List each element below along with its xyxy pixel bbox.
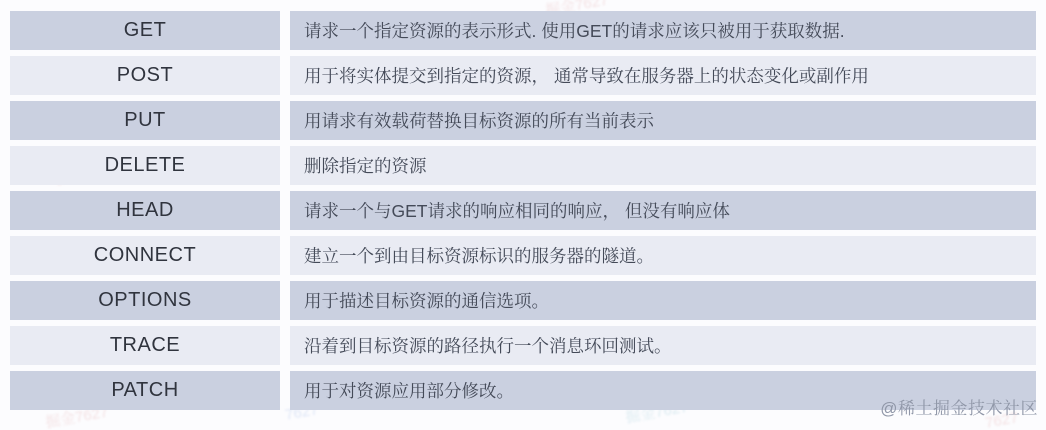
table-row: HEAD请求一个与GET请求的响应相同的响应， 但没有响应体: [10, 191, 1036, 230]
method-cell: CONNECT: [10, 236, 280, 275]
method-cell: PUT: [10, 101, 280, 140]
description-cell: 请求一个与GET请求的响应相同的响应， 但没有响应体: [290, 191, 1036, 230]
table-row: OPTIONS用于描述目标资源的通信选项。: [10, 281, 1036, 320]
method-cell: POST: [10, 56, 280, 95]
table-row: TRACE沿着到目标资源的路径执行一个消息环回测试。: [10, 326, 1036, 365]
method-cell: DELETE: [10, 146, 280, 185]
table-row: CONNECT建立一个到由目标资源标识的服务器的隧道。: [10, 236, 1036, 275]
description-cell: 删除指定的资源: [290, 146, 1036, 185]
method-cell: TRACE: [10, 326, 280, 365]
description-cell: 请求一个指定资源的表示形式. 使用GET的请求应该只被用于获取数据.: [290, 11, 1036, 50]
description-cell: 建立一个到由目标资源标识的服务器的隧道。: [290, 236, 1036, 275]
juejin-credit-watermark: @稀土掘金技术社区: [880, 394, 1038, 419]
http-methods-table: GET请求一个指定资源的表示形式. 使用GET的请求应该只被用于获取数据.POS…: [10, 11, 1036, 410]
table-row: POST用于将实体提交到指定的资源， 通常导致在服务器上的状态变化或副作用: [10, 56, 1036, 95]
method-cell: GET: [10, 11, 280, 50]
method-cell: OPTIONS: [10, 281, 280, 320]
description-cell: 用请求有效载荷替换目标资源的所有当前表示: [290, 101, 1036, 140]
table-row: DELETE删除指定的资源: [10, 146, 1036, 185]
table-row: PUT用请求有效载荷替换目标资源的所有当前表示: [10, 101, 1036, 140]
description-cell: 用于将实体提交到指定的资源， 通常导致在服务器上的状态变化或副作用: [290, 56, 1036, 95]
table-row: GET请求一个指定资源的表示形式. 使用GET的请求应该只被用于获取数据.: [10, 11, 1036, 50]
method-cell: HEAD: [10, 191, 280, 230]
method-cell: PATCH: [10, 371, 280, 410]
description-cell: 沿着到目标资源的路径执行一个消息环回测试。: [290, 326, 1036, 365]
description-cell: 用于描述目标资源的通信选项。: [290, 281, 1036, 320]
